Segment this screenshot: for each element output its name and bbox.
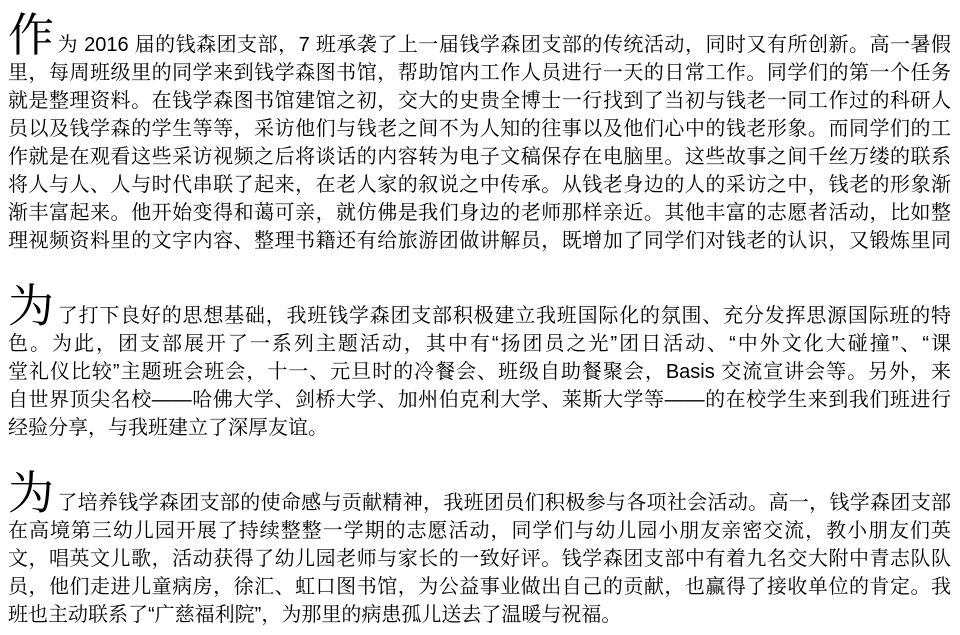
paragraph-2-line-4: 自世界顶尖名校——哈佛大学、剑桥大学、加州伯克利大学、莱斯大学等——的在校学生来… [8,386,951,414]
paragraph-3-line-2: 在高境第三幼儿园开展了持续整整一学期的志愿活动，同学们与幼儿园小朋友亲密交流，教… [8,517,951,545]
dropcap-character: 为 [8,280,55,332]
paragraph-1-line-1: 作为 2016 届的钱森团支部，7 班承袭了上一届钱学森团支部的传统活动，同时又… [8,12,951,59]
paragraph-3: 为了培养钱学森团支部的使命感与贡献精神，我班团员们积极参与各项社会活动。高一，钱… [8,470,951,629]
paragraph-3-line-4: 员，他们走进儿童病房，徐汇、虹口图书馆，为公益事业做出自己的贡献，也赢得了接收单… [8,573,951,601]
paragraph-1-line-6: 将人与人、人与时代串联了起来，在老人家的叙说之中传承。从钱老身边的人的采访之中，… [8,171,951,199]
document-page: 作为 2016 届的钱森团支部，7 班承袭了上一届钱学森团支部的传统活动，同时又… [0,0,960,635]
paragraph-1-line-7: 渐丰富起来。他开始变得和蔼可亲，就仿佛是我们身边的老师那样亲近。其他丰富的志愿者… [8,199,951,227]
paragraph-2-line-5: 经验分享，与我班建立了深厚友谊。 [8,414,951,442]
paragraph-2-line-1: 为了打下良好的思想基础，我班钱学森团支部积极建立我班国际化的氛围、充分发挥思源国… [8,283,951,330]
paragraph-1-line-8: 理视频资料里的文字内容、整理书籍还有给旅游团做讲解员，既增加了同学们对钱老的认识… [8,227,951,255]
line-text: 了打下良好的思想基础，我班钱学森团支部积极建立我班国际化的氛围、充分发挥思源国际… [58,305,951,327]
line-text: 了培养钱学森团支部的使命感与贡献精神，我班团员们积极参与各项社会活动。高一，钱学… [57,492,951,514]
paragraph-2-line-3: 堂礼仪比较”主题班会班会，十一、元旦时的冷餐会、班级自助餐聚会，Basis 交流… [8,358,951,386]
paragraph-1-line-5: 作就是在观看这些采访视频之后将谈话的内容转为电子文稿保存在电脑里。这些故事之间千… [8,143,951,171]
paragraph-1: 作为 2016 届的钱森团支部，7 班承袭了上一届钱学森团支部的传统活动，同时又… [8,12,951,255]
paragraph-3-line-1: 为了培养钱学森团支部的使命感与贡献精神，我班团员们积极参与各项社会活动。高一，钱… [8,470,951,517]
paragraph-1-line-4: 员以及钱学森的学生等等，采访他们与钱老之间不为人知的往事以及他们心中的钱老形象。… [8,115,951,143]
paragraph-1-line-2: 里，每周班级里的同学来到钱学森图书馆，帮助馆内工作人员进行一天的日常工作。同学们… [8,59,951,87]
paragraph-3-line-5: 班也主动联系了“广慈福利院”，为那里的病患孤儿送去了温暖与祝福。 [8,601,951,629]
paragraph-2-line-2: 色。为此，团支部展开了一系列主题活动，其中有“扬团员之光”团日活动、“中外文化大… [8,330,951,358]
paragraph-2: 为了打下良好的思想基础，我班钱学森团支部积极建立我班国际化的氛围、充分发挥思源国… [8,283,951,442]
dropcap-character: 作 [8,9,55,61]
paragraph-3-line-3: 文，唱英文儿歌，活动获得了幼儿园老师与家长的一致好评。钱学森团支部中有着九名交大… [8,545,951,573]
paragraph-1-line-3: 就是整理资料。在钱学森图书馆建馆之初，交大的史贵全博士一行找到了当初与钱老一同工… [8,87,951,115]
line-text: 为 2016 届的钱森团支部，7 班承袭了上一届钱学森团支部的传统活动，同时又有… [58,34,951,56]
dropcap-character: 为 [8,467,54,519]
